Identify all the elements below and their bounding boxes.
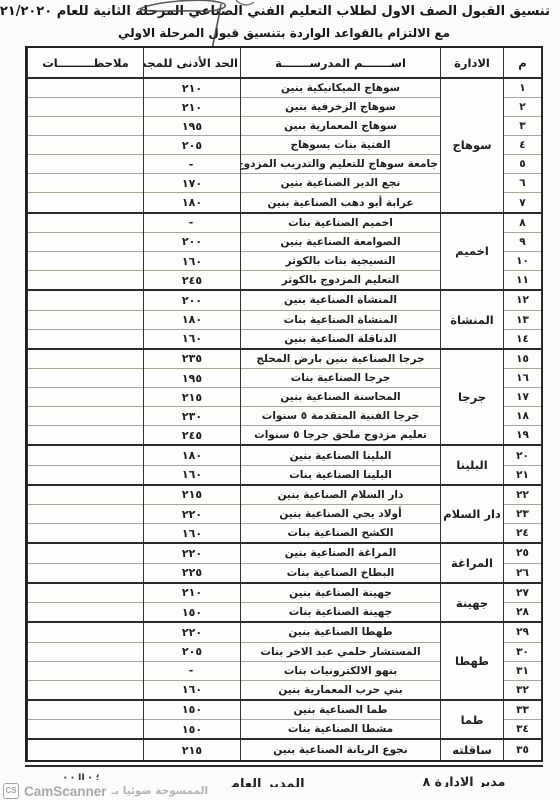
- min-total-cell: ١٦٠: [144, 524, 241, 544]
- notes-cell: [28, 78, 144, 98]
- notes-cell: [28, 369, 144, 388]
- school-name-cell: الكشح الصناعية بنات: [241, 524, 441, 544]
- min-total-cell: ٢٢٥: [144, 563, 241, 583]
- header-row-number: م: [504, 48, 542, 78]
- signature-left-cutoff-marks: ؛ · اا · ·: [24, 773, 139, 780]
- notes-cell: [28, 720, 144, 740]
- min-total-cell: ١٨٠: [144, 193, 241, 213]
- row-number-cell: ٨: [504, 213, 542, 233]
- school-name-cell: بني حرب المعمارية بنين: [241, 680, 441, 700]
- min-total-cell: ٢٠٥: [144, 642, 241, 661]
- school-name-cell: نجوع الريانة الصناعية بنين: [241, 739, 441, 760]
- row-number-cell: ١٢: [504, 290, 542, 310]
- header-notes: ملاحظـــــــــات: [28, 48, 144, 78]
- table-header-row: م الادارة اســـــــم المدرســـــــة الحد…: [28, 48, 542, 78]
- min-total-cell: ١٥٠: [144, 700, 241, 720]
- row-number-cell: ١٦: [504, 369, 542, 388]
- row-number-cell: ١٨: [504, 407, 542, 426]
- administration-cell: ساقلته: [441, 739, 504, 760]
- min-total-cell: ٢١٠: [144, 78, 241, 98]
- min-total-cell: ١٩٥: [144, 369, 241, 388]
- school-name-cell: الصوامعة الصناعية بنين: [241, 232, 441, 251]
- row-number-cell: ١٩: [504, 426, 542, 446]
- min-total-cell: -: [144, 155, 241, 174]
- row-number-cell: ٢٧: [504, 583, 542, 603]
- min-total-cell: ١٨٠: [144, 445, 241, 465]
- row-number-cell: ٦: [504, 174, 542, 193]
- table-row: ٢٢دار السلامدار السلام الصناعية بنين٢١٥: [28, 485, 542, 505]
- row-number-cell: ٣٤: [504, 720, 542, 740]
- school-name-cell: عرابة أبو دهب الصناعية بنين: [241, 193, 441, 213]
- school-name-cell: النسيجية بنات بالكوثر: [241, 251, 441, 270]
- row-number-cell: ١٣: [504, 310, 542, 329]
- school-name-cell: طهطا الصناعية بنين: [241, 622, 441, 642]
- camscanner-logo-icon: CS: [3, 783, 19, 799]
- notes-cell: [28, 98, 144, 117]
- min-total-cell: ٢١٠: [144, 583, 241, 603]
- table-row: ١سوهاجسوهاج الميكانيكية بنين٢١٠: [28, 78, 542, 98]
- min-total-cell: ١٥٠: [144, 720, 241, 740]
- signature-general-director: المدير العام: [220, 777, 315, 787]
- min-total-cell: ١٧٠: [144, 174, 241, 193]
- administration-cell: البلينا: [441, 445, 504, 484]
- scanned-document-page: تنسيق القبول الصف الاول لطلاب التعليم ال…: [0, 0, 560, 800]
- row-number-cell: ١٤: [504, 329, 542, 349]
- school-name-cell: اخميم الصناعية بنات: [241, 213, 441, 233]
- school-name-cell: التعليم المزدوج بالكوثر: [241, 271, 441, 291]
- notes-cell: [28, 136, 144, 155]
- notes-cell: [28, 155, 144, 174]
- row-number-cell: ٥: [504, 155, 542, 174]
- min-total-cell: ٢٣٠: [144, 407, 241, 426]
- min-total-cell: ٢٤٥: [144, 271, 241, 291]
- school-name-cell: البلينا الصناعية بنات: [241, 465, 441, 485]
- notes-cell: [28, 563, 144, 583]
- notes-cell: [28, 174, 144, 193]
- notes-cell: [28, 739, 144, 760]
- table-row: ١٢المنشاةالمنشاة الصناعية بنين٢٠٠: [28, 290, 542, 310]
- notes-cell: [28, 524, 144, 544]
- notes-cell: [28, 603, 144, 623]
- row-number-cell: ١٥: [504, 349, 542, 369]
- table-row: ١٥جرجاجرجا الصناعية بنين بارض المحلج٢٣٥: [28, 349, 542, 369]
- table-row: ٣٥ساقلتهنجوع الريانة الصناعية بنين٢١٥: [28, 739, 542, 760]
- notes-cell: [28, 485, 144, 505]
- row-number-cell: ٢٦: [504, 563, 542, 583]
- min-total-cell: ٢١٥: [144, 388, 241, 407]
- document-title-line1: تنسيق القبول الصف الاول لطلاب التعليم ال…: [10, 4, 550, 19]
- school-name-cell: أولاد يحي الصناعية بنين: [241, 505, 441, 524]
- administration-cell: جرجا: [441, 349, 504, 446]
- school-name-cell: البلينا الصناعية بنين: [241, 445, 441, 465]
- notes-cell: [28, 680, 144, 700]
- min-total-cell: ٢٠٠: [144, 290, 241, 310]
- camscanner-watermark: CS CamScanner الممسوحة ضوئيا بـ: [3, 783, 208, 799]
- row-number-cell: ٢٨: [504, 603, 542, 623]
- notes-cell: [28, 251, 144, 270]
- row-number-cell: ١: [504, 78, 542, 98]
- administration-cell: طهطا: [441, 622, 504, 700]
- school-name-cell: طما الصناعية بنين: [241, 700, 441, 720]
- row-number-cell: ٣٥: [504, 739, 542, 760]
- school-name-cell: نجع الدير الصناعية بنين: [241, 174, 441, 193]
- administration-cell: المراغة: [441, 543, 504, 582]
- row-number-cell: ٢١: [504, 465, 542, 485]
- row-number-cell: ١٠: [504, 251, 542, 270]
- min-total-cell: ٢٢٠: [144, 543, 241, 563]
- table-outer-bottom-rule: [25, 765, 543, 767]
- notes-cell: [28, 465, 144, 485]
- school-name-cell: تعليم مزدوج ملحق جرجا ٥ سنوات: [241, 426, 441, 446]
- min-total-cell: ١٦٠: [144, 465, 241, 485]
- row-number-cell: ٣: [504, 117, 542, 136]
- notes-cell: [28, 271, 144, 291]
- min-total-cell: ١٨٠: [144, 310, 241, 329]
- row-number-cell: ٢٤: [504, 524, 542, 544]
- notes-cell: [28, 349, 144, 369]
- row-number-cell: ٧: [504, 193, 542, 213]
- school-name-cell: جرجا الفنية المتقدمة ٥ سنوات: [241, 407, 441, 426]
- notes-cell: [28, 700, 144, 720]
- school-name-cell: المستشار حلمي عبد الاخر بنات: [241, 642, 441, 661]
- row-number-cell: ٩: [504, 232, 542, 251]
- camscanner-brand-text: CamScanner: [24, 784, 107, 799]
- row-number-cell: ١٧: [504, 388, 542, 407]
- header-min-total: الحد الأدنى للمجموع: [144, 48, 241, 78]
- table-row: ٣٣طماطما الصناعية بنين١٥٠: [28, 700, 542, 720]
- min-total-cell: ٢١٥: [144, 485, 241, 505]
- row-number-cell: ٢٥: [504, 543, 542, 563]
- school-name-cell: سوهاج الزخرفية بنين: [241, 98, 441, 117]
- administration-cell: المنشاة: [441, 290, 504, 349]
- school-name-cell: المنشاة الصناعية بنات: [241, 310, 441, 329]
- header-administration: الادارة: [441, 48, 504, 78]
- notes-cell: [28, 310, 144, 329]
- row-number-cell: ٢٩: [504, 622, 542, 642]
- min-total-cell: ٢٢٠: [144, 505, 241, 524]
- min-total-cell: ٢١٠: [144, 98, 241, 117]
- notes-cell: [28, 642, 144, 661]
- row-number-cell: ٢٠: [504, 445, 542, 465]
- row-number-cell: ١١: [504, 271, 542, 291]
- notes-cell: [28, 388, 144, 407]
- school-name-cell: المنشاة الصناعية بنين: [241, 290, 441, 310]
- administration-cell: جهينة: [441, 583, 504, 622]
- header-school-name: اســـــــم المدرســـــــة: [241, 48, 441, 78]
- row-number-cell: ٣٠: [504, 642, 542, 661]
- notes-cell: [28, 661, 144, 680]
- min-total-cell: ٢٠٠: [144, 232, 241, 251]
- school-name-cell: جهينة الصناعية بنات: [241, 603, 441, 623]
- notes-cell: [28, 505, 144, 524]
- administration-cell: طما: [441, 700, 504, 739]
- min-total-cell: ١٩٥: [144, 117, 241, 136]
- table-row: ٢٥المراغةالمراغة الصناعية بنين٢٢٠: [28, 543, 542, 563]
- school-name-cell: جرجا الصناعية بنات: [241, 369, 441, 388]
- school-name-cell: دار السلام الصناعية بنين: [241, 485, 441, 505]
- camscanner-arabic-text: الممسوحة ضوئيا بـ: [112, 785, 209, 797]
- notes-cell: [28, 193, 144, 213]
- admissions-table: م الادارة اســـــــم المدرســـــــة الحد…: [27, 48, 542, 760]
- school-name-cell: الدناقلة الصناعية بنين: [241, 329, 441, 349]
- notes-cell: [28, 117, 144, 136]
- table-row: ٢٧جهينةجهينة الصناعية بنين٢١٠: [28, 583, 542, 603]
- notes-cell: [28, 583, 144, 603]
- notes-cell: [28, 213, 144, 233]
- table-row: ٢٠البليناالبلينا الصناعية بنين١٨٠: [28, 445, 542, 465]
- min-total-cell: ١٦٠: [144, 251, 241, 270]
- min-total-cell: ١٥٠: [144, 603, 241, 623]
- document-title-line2: مع الالتزام بالقواعد الواردة بتنسيق قبول…: [10, 26, 558, 40]
- school-name-cell: جهينة الصناعية بنين: [241, 583, 441, 603]
- school-name-cell: المراغة الصناعية بنين: [241, 543, 441, 563]
- notes-cell: [28, 329, 144, 349]
- school-name-cell: البطاخ الصناعية بنات: [241, 563, 441, 583]
- notes-cell: [28, 426, 144, 446]
- min-total-cell: ١٦٠: [144, 329, 241, 349]
- school-name-cell: سوهاج المعمارية بنين: [241, 117, 441, 136]
- min-total-cell: ٢٣٥: [144, 349, 241, 369]
- school-name-cell: جرجا الصناعية بنين بارض المحلج: [241, 349, 441, 369]
- table-row: ٢٩طهطاطهطا الصناعية بنين٢٢٠: [28, 622, 542, 642]
- min-total-cell: -: [144, 213, 241, 233]
- row-number-cell: ٣١: [504, 661, 542, 680]
- min-total-cell: ٢٠٥: [144, 136, 241, 155]
- school-name-cell: بنهو الالكترونيات بنات: [241, 661, 441, 680]
- table-row: ٨اخميماخميم الصناعية بنات-: [28, 213, 542, 233]
- notes-cell: [28, 543, 144, 563]
- min-total-cell: ٢١٥: [144, 739, 241, 760]
- school-name-cell: سوهاج الميكانيكية بنين: [241, 78, 441, 98]
- row-number-cell: ٢٣: [504, 505, 542, 524]
- notes-cell: [28, 232, 144, 251]
- administration-cell: اخميم: [441, 213, 504, 291]
- administration-cell: سوهاج: [441, 78, 504, 213]
- notes-cell: [28, 407, 144, 426]
- row-number-cell: ٤: [504, 136, 542, 155]
- school-name-cell: مشطا الصناعية بنات: [241, 720, 441, 740]
- row-number-cell: ٣٣: [504, 700, 542, 720]
- school-name-cell: الفنية بنات بسوهاج: [241, 136, 441, 155]
- admissions-table-container: م الادارة اســـــــم المدرســـــــة الحد…: [25, 46, 543, 762]
- min-total-cell: -: [144, 661, 241, 680]
- min-total-cell: ٢٤٥: [144, 426, 241, 446]
- row-number-cell: ٣٢: [504, 680, 542, 700]
- row-number-cell: ٢٢: [504, 485, 542, 505]
- notes-cell: [28, 445, 144, 465]
- min-total-cell: ١٦٠: [144, 680, 241, 700]
- administration-cell: دار السلام: [441, 485, 504, 544]
- notes-cell: [28, 290, 144, 310]
- min-total-cell: ٢٢٠: [144, 622, 241, 642]
- school-name-cell: جامعة سوهاج للتعليم والتدريب المزدوج: [241, 155, 441, 174]
- signature-director-of-administration: مدير الادارة ٨: [412, 774, 516, 787]
- row-number-cell: ٢: [504, 98, 542, 117]
- notes-cell: [28, 622, 144, 642]
- school-name-cell: المحاسنة الصناعية بنين: [241, 388, 441, 407]
